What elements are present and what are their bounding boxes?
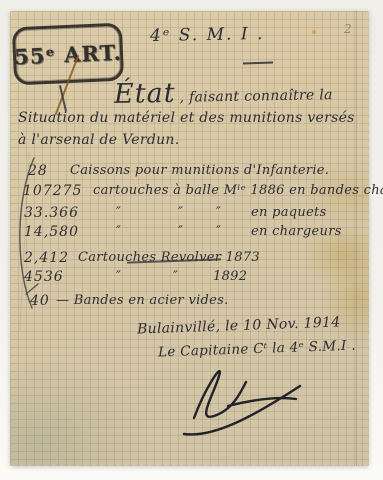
dateline: Bulainvillé, le 10 Nov. 1914: [137, 314, 341, 337]
regiment-stamp-text: 55ᵉ ART.: [14, 39, 122, 69]
unit-header: 4ᵉ S. M. I .: [150, 24, 265, 46]
title-word-etat: État: [114, 78, 176, 110]
ink-speck: [312, 30, 316, 34]
ditto-mark: ″: [216, 205, 221, 220]
description: — Bandes en acier vides.: [56, 293, 229, 308]
description: Caissons pour munitions d'Infanterie.: [70, 163, 329, 178]
ditto-mark: ″: [216, 224, 221, 239]
title-line-1: État , faisant connaître la: [114, 75, 333, 110]
ditto-mark: ″: [178, 224, 183, 239]
quantity: 2,412: [24, 250, 69, 266]
regiment-stamp: 55ᵉ ART.: [12, 23, 124, 86]
description: Cartouches Revolver 1873: [78, 250, 260, 265]
quantity: 107275: [23, 183, 82, 199]
description: cartouches à balle Mˡᵉ 1886 en bandes ch…: [93, 183, 383, 198]
quantity: 14,580: [24, 224, 79, 240]
ditto-mark: ″: [116, 269, 121, 284]
scanned-document-page: 55ᵉ ART. 2 4ᵉ S. M. I . État , faisant c…: [10, 11, 369, 466]
quantity: 40: [30, 293, 50, 309]
ditto-mark: ″: [178, 205, 183, 220]
quantity: 33.366: [24, 205, 79, 221]
title-line-3: à l'arsenal de Verdun.: [18, 132, 179, 148]
page-number: 2: [344, 22, 352, 36]
title-line-2: Situation du matériel et des munitions v…: [18, 110, 355, 126]
description: en paquets: [251, 205, 327, 220]
description: 1892: [213, 269, 247, 284]
signature-flourish: [180, 352, 305, 444]
quantity: 28: [28, 163, 48, 179]
ditto-mark: ″: [116, 205, 121, 220]
unit-header-underline: [243, 61, 273, 64]
ditto-mark: ″: [116, 224, 121, 239]
title-line-1-rest: , faisant connaître la: [179, 87, 332, 106]
description: en chargeurs: [251, 224, 342, 239]
quantity: 4536: [24, 269, 64, 285]
ditto-mark: ″: [173, 269, 178, 284]
paper-crease: [356, 11, 357, 466]
